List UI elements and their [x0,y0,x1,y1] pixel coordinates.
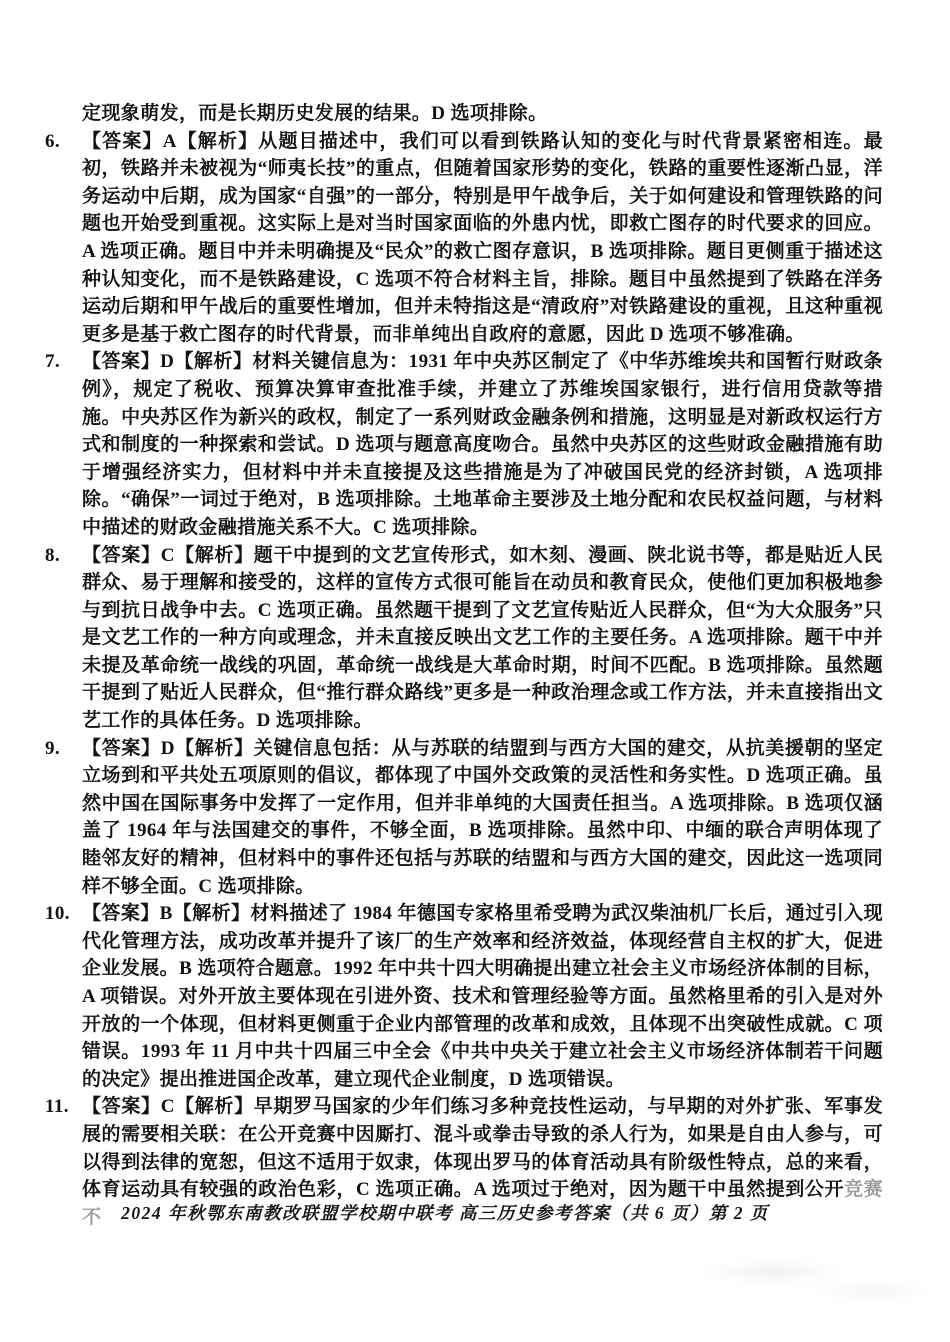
item-text-main: 【答案】C【解析】早期罗马国家的少年们练习多种竞技性运动，与早期的对外扩张、军事… [82,1096,883,1200]
answer-key-content: 定现象萌发，而是长期历史发展的结果。D 选项排除。 6. 【答案】A【解析】从题… [45,100,883,1231]
answer-item-10: 10. 【答案】B【解析】材料描述了 1984 年德国专家格里希受聘为武汉柴油机… [45,900,883,1093]
item-text: 【答案】A【解析】从题目描述中，我们可以看到铁路认知的变化与时代背景紧密相连。最… [82,128,883,349]
page-footer: 2024 年秋鄂东南教改联盟学校期中联考 高三历史参考答案（共 6 页）第 2 … [0,1200,890,1225]
item-number: 9. [45,735,82,763]
scan-smudge-artifact [685,1242,935,1317]
item-number: 10. [45,900,82,928]
item-text: 【答案】C【解析】题干中提到的文艺宣传形式，如木刻、漫画、陕北说书等，都是贴近人… [82,542,883,735]
item-number: 6. [45,128,82,156]
item-number: 8. [45,542,82,570]
continuation-text: 定现象萌发，而是长期历史发展的结果。D 选项排除。 [82,100,883,128]
document-page: 定现象萌发，而是长期历史发展的结果。D 选项排除。 6. 【答案】A【解析】从题… [0,0,950,1342]
item-text: 【答案】D【解析】关键信息包括：从与苏联的结盟到与西方大国的建交，从抗美援朝的坚… [82,735,883,901]
item-text: 【答案】D【解析】材料关键信息为：1931 年中央苏区制定了《中华苏维埃共和国暂… [82,348,883,541]
item-number: 7. [45,348,82,376]
answer-item-9: 9. 【答案】D【解析】关键信息包括：从与苏联的结盟到与西方大国的建交，从抗美援… [45,735,883,901]
item-text: 【答案】B【解析】材料描述了 1984 年德国专家格里希受聘为武汉柴油机厂长后，… [82,900,883,1093]
answer-item-8: 8. 【答案】C【解析】题干中提到的文艺宣传形式，如木刻、漫画、陕北说书等，都是… [45,542,883,735]
answer-item-7: 7. 【答案】D【解析】材料关键信息为：1931 年中央苏区制定了《中华苏维埃共… [45,348,883,541]
item-number: 11. [45,1093,82,1121]
answer-item-6: 6. 【答案】A【解析】从题目描述中，我们可以看到铁路认知的变化与时代背景紧密相… [45,128,883,349]
